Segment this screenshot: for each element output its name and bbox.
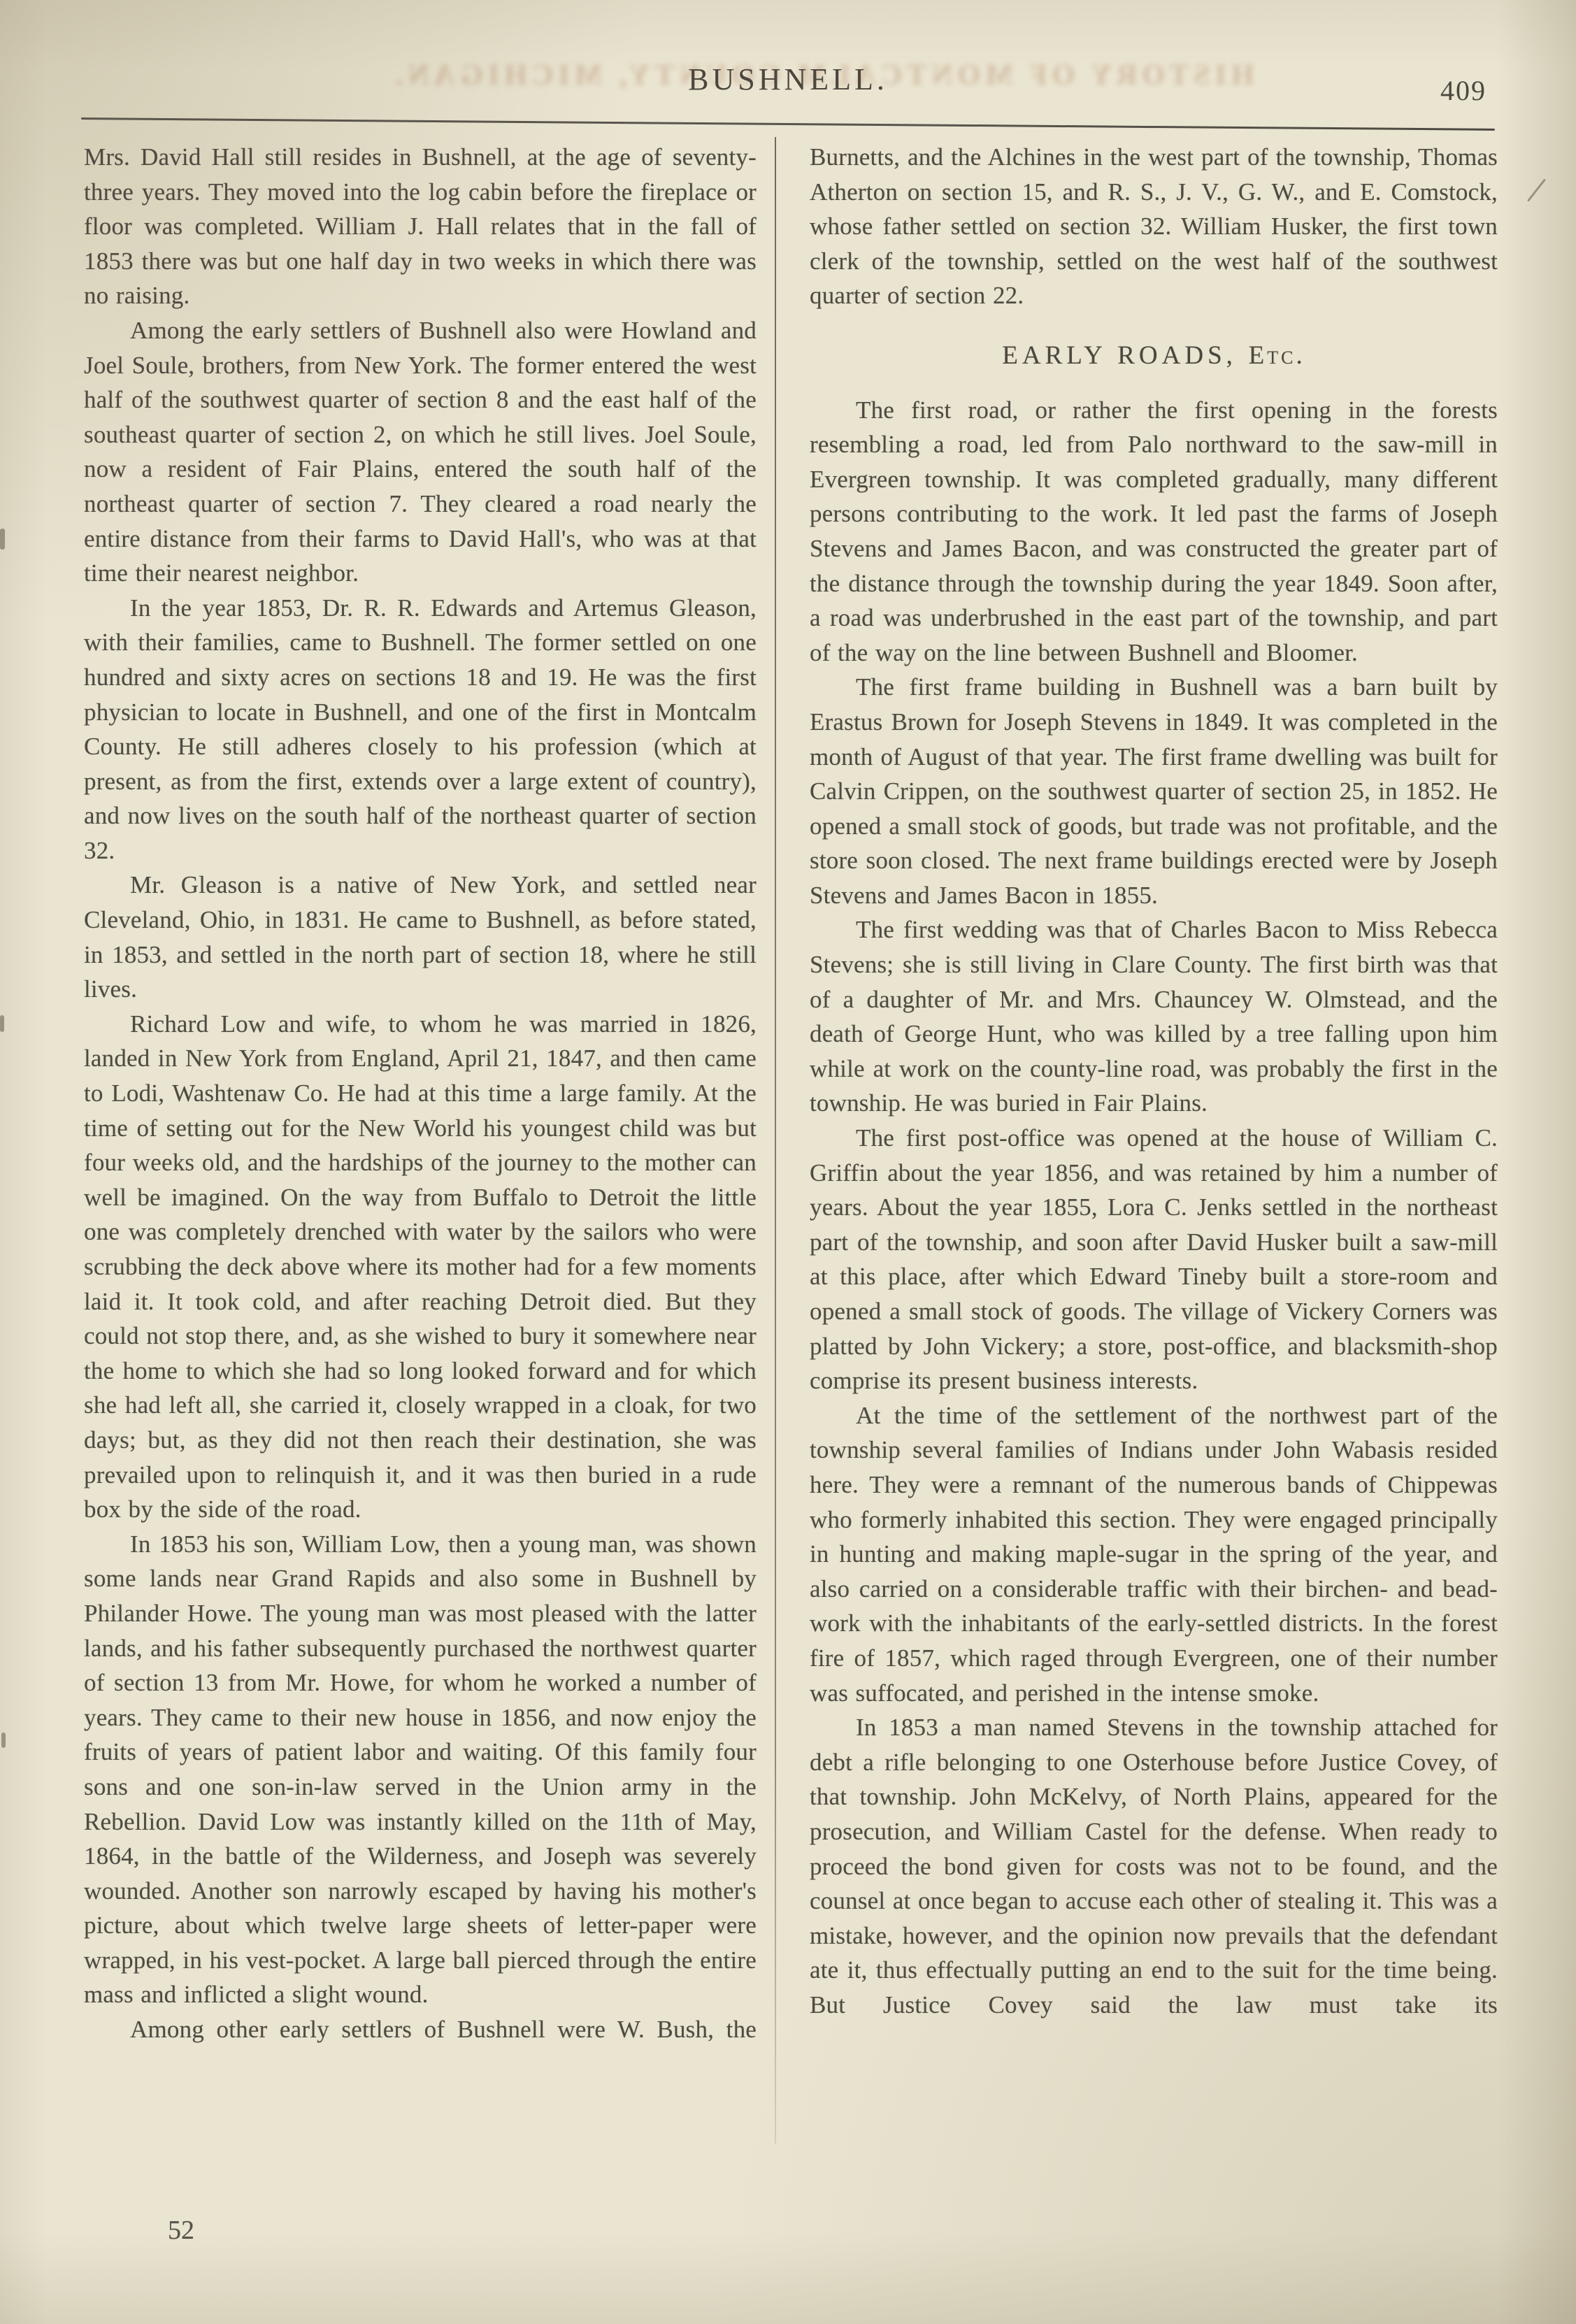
text-columns: Mrs. David Hall still resides in Bushnel…: [84, 140, 1498, 2047]
paragraph: Among other early settlers of Bushnell w…: [84, 2012, 757, 2047]
scan-artifact: [1527, 178, 1546, 201]
left-column: Mrs. David Hall still resides in Bushnel…: [84, 140, 757, 2047]
page-title: BUSHNELL.: [0, 62, 1576, 97]
scan-artifact: [1, 1733, 6, 1748]
page-number: 409: [1440, 74, 1487, 107]
paragraph: Mrs. David Hall still resides in Bushnel…: [84, 140, 757, 313]
paragraph: The first wedding was that of Charles Ba…: [810, 912, 1498, 1121]
section-heading-main: EARLY ROADS,: [1002, 341, 1237, 370]
header-rule: [81, 117, 1495, 131]
paragraph: Mr. Gleason is a native of New York, and…: [84, 868, 757, 1006]
right-column: Burnetts, and the Alchines in the west p…: [810, 140, 1498, 2047]
paragraph: In the year 1853, Dr. R. R. Edwards and …: [84, 591, 757, 868]
paragraph: The first post-office was opened at the …: [810, 1121, 1498, 1398]
paragraph: At the time of the settlement of the nor…: [810, 1398, 1498, 1710]
paragraph: Richard Low and wife, to whom he was mar…: [84, 1007, 757, 1527]
paragraph: The first frame building in Bushnell was…: [810, 670, 1498, 912]
paragraph: In 1853 his son, William Low, then a you…: [84, 1527, 757, 2012]
book-page: HISTORY OF MONTCALM COUNTY, MICHIGAN. BU…: [0, 0, 1576, 2324]
paragraph: The first road, or rather the first open…: [810, 393, 1498, 670]
paragraph: Among the early settlers of Bushnell als…: [84, 313, 757, 591]
signature-mark: 52: [168, 2215, 194, 2246]
section-heading: EARLY ROADS, Etc.: [810, 338, 1498, 373]
paragraph: Burnetts, and the Alchines in the west p…: [810, 140, 1498, 313]
scan-artifact: [0, 1015, 4, 1032]
paragraph: In 1853 a man named Stevens in the towns…: [810, 1710, 1498, 2022]
scan-artifact: [0, 529, 5, 550]
section-heading-etc: Etc.: [1249, 341, 1305, 370]
